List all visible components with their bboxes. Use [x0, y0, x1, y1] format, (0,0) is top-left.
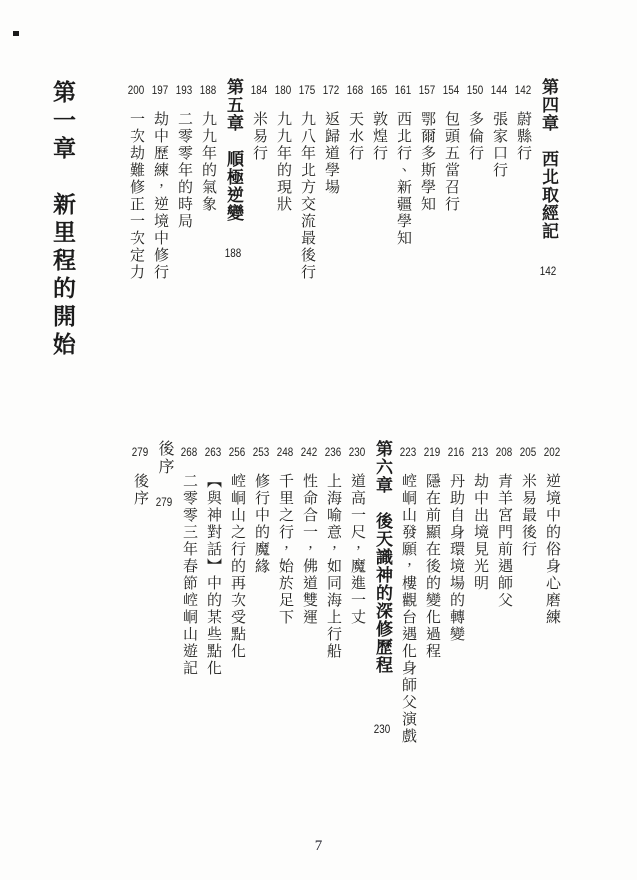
toc-title: 第六章 後天識神的深修歷程	[373, 440, 392, 674]
toc-title: 多倫行	[467, 111, 483, 162]
toc-entry: 188九九年的氣象	[196, 78, 220, 363]
toc-page-number: 175	[299, 78, 315, 102]
toc-entry: 154包頭五當召行	[439, 78, 463, 363]
toc-entry: 219隱在前顯在後的變化過程	[420, 440, 444, 770]
toc-title: 一次劫難修正一次定力	[128, 111, 144, 281]
toc-page-number: 180	[275, 78, 291, 102]
toc-page-number: 197	[152, 78, 168, 102]
toc-entry: 157鄂爾多斯學知	[415, 78, 439, 363]
toc-entry: 193二零零年的時局	[172, 78, 196, 363]
toc-title: 蔚縣行	[515, 111, 531, 162]
toc-entry: 230道高一尺，魔進一丈	[345, 440, 369, 770]
toc-page-number: 193	[176, 78, 192, 102]
toc-page-number: 263	[205, 440, 221, 464]
toc-entry: 205米易最後行	[516, 440, 540, 770]
toc-title: 天水行	[347, 111, 363, 162]
toc-entry: 184米易行	[247, 78, 271, 363]
toc-entry: 268二零零三年春節崆峒山遊記	[177, 440, 201, 770]
toc-page-number: 200	[128, 78, 144, 102]
toc-entry: 144張家口行	[487, 78, 511, 363]
toc-page-number: 161	[395, 78, 411, 102]
toc-title: 性命合一，佛道雙運	[301, 473, 317, 626]
toc-title: 米易最後行	[520, 473, 536, 558]
toc-title: 修行中的魔緣	[253, 473, 269, 575]
toc-page-number: 279	[132, 440, 148, 464]
toc-entry: 256崆峒山之行的再次受點化	[225, 440, 249, 770]
toc-page-number: 242	[301, 440, 317, 464]
toc-subchapter-heading: 後序279	[152, 440, 177, 770]
toc-title: 九九年的現狀	[275, 111, 291, 213]
toc-entry: 213劫中出境見光明	[468, 440, 492, 770]
scan-artifact-mark	[13, 31, 19, 36]
toc-entry: 202逆境中的俗身心磨練	[540, 440, 564, 770]
toc-entry: 142蔚縣行	[511, 78, 535, 363]
toc-entry: 165敦煌行	[367, 78, 391, 363]
toc-title: 第四章 西北取經記	[539, 78, 558, 240]
toc-title: 張家口行	[491, 111, 507, 179]
toc-page-number: 213	[472, 440, 488, 464]
toc-page-number: 168	[347, 78, 363, 102]
toc-entry: 216丹助自身環境場的轉變	[444, 440, 468, 770]
toc-entry: 168天水行	[343, 78, 367, 363]
toc-title: 後序	[156, 440, 173, 476]
toc-page-number: 157	[419, 78, 435, 102]
toc-entry: 180九九年的現狀	[271, 78, 295, 363]
toc-chapter-heading: 第六章 後天識神的深修歷程230	[369, 440, 396, 770]
toc-page-number: 188	[200, 78, 216, 102]
toc-title: 劫中歷練，逆境中修行	[152, 111, 168, 281]
toc-entry: 263【與神對話】中的某些點化	[201, 440, 225, 770]
toc-entry: 161西北行、新疆學知	[391, 78, 415, 363]
toc-entry: 279後序	[128, 440, 152, 770]
toc-entry: 172返歸道學場	[319, 78, 343, 363]
toc-page-number: 188	[225, 240, 241, 267]
toc-entry: 248千里之行，始於足下	[273, 440, 297, 770]
toc-title: 西北行、新疆學知	[395, 111, 411, 247]
toc-title: 九八年北方交流最後行	[299, 111, 315, 281]
toc-page-number: 219	[424, 440, 440, 464]
toc-entry: 253修行中的魔緣	[249, 440, 273, 770]
toc-page-number: 253	[253, 440, 269, 464]
toc-page-number: 208	[496, 440, 512, 464]
toc-page-number: 279	[156, 490, 172, 515]
toc-title: 米易行	[251, 111, 267, 162]
toc-page-number: 268	[181, 440, 197, 464]
toc-title: 返歸道學場	[323, 111, 339, 196]
toc-page-number: 248	[277, 440, 293, 464]
toc-page-number: 142	[540, 258, 556, 285]
toc-title: 上海喻意，如同海上行船	[325, 473, 341, 660]
toc-title: 包頭五當召行	[443, 111, 459, 213]
toc-title: 道高一尺，魔進一丈	[349, 473, 365, 626]
toc-page-number: 154	[443, 78, 459, 102]
toc-page-number: 256	[229, 440, 245, 464]
toc-title: 隱在前顯在後的變化過程	[424, 473, 440, 660]
page-number-footer: 7	[0, 838, 637, 855]
toc-page-number: 150	[467, 78, 483, 102]
toc-entry: 242性命合一，佛道雙運	[297, 440, 321, 770]
toc-entry: 150多倫行	[463, 78, 487, 363]
toc-entry: 200一次劫難修正一次定力	[124, 78, 148, 363]
toc-title: 第五章 順極逆變	[224, 78, 243, 222]
toc-page-number: 236	[325, 440, 341, 464]
toc-page-number: 230	[374, 716, 390, 743]
toc-title: 二零零三年春節崆峒山遊記	[181, 473, 197, 677]
toc-title: 鄂爾多斯學知	[419, 111, 435, 213]
toc-page-number: 216	[448, 440, 464, 464]
toc-title: 崆峒山發願，樓觀台遇化身師父演戲	[400, 473, 416, 745]
toc-title: 後序	[132, 473, 148, 507]
toc-chapter-heading: 第五章 順極逆變188	[220, 78, 247, 363]
toc-page-number: 223	[400, 440, 416, 464]
toc-title: 敦煌行	[371, 111, 387, 162]
toc-page-number: 144	[491, 78, 507, 102]
toc-entry: 236上海喻意，如同海上行船	[321, 440, 345, 770]
toc-title: 丹助自身環境場的轉變	[448, 473, 464, 643]
toc-entry: 208青羊宮門前遇師父	[492, 440, 516, 770]
toc-title: 崆峒山之行的再次受點化	[229, 473, 245, 660]
toc-page-number: 205	[520, 440, 536, 464]
toc-title: 九九年的氣象	[200, 111, 216, 213]
toc-page-number: 230	[349, 440, 365, 464]
toc-entry: 175九八年北方交流最後行	[295, 78, 319, 363]
toc-title: 青羊宮門前遇師父	[496, 473, 512, 609]
toc-entry: 197劫中歷練，逆境中修行	[148, 78, 172, 363]
toc-entry: 223崆峒山發願，樓觀台遇化身師父演戲	[396, 440, 420, 770]
toc-page-number: 184	[251, 78, 267, 102]
toc-page-number: 202	[544, 440, 560, 464]
toc-title: 【與神對話】中的某些點化	[205, 473, 221, 677]
toc-title: 千里之行，始於足下	[277, 473, 293, 626]
toc-page-number: 142	[515, 78, 531, 102]
toc-title: 二零零年的時局	[176, 111, 192, 230]
toc-chapter-heading: 第四章 西北取經記142	[535, 78, 562, 363]
toc-page-number: 165	[371, 78, 387, 102]
toc-title: 劫中出境見光明	[472, 473, 488, 592]
chapter-one-header: 第一章 新里程的開始	[46, 80, 79, 360]
toc-section-bottom: 202逆境中的俗身心磨練205米易最後行208青羊宮門前遇師父213劫中出境見光…	[128, 440, 564, 770]
toc-title: 逆境中的俗身心磨練	[544, 473, 560, 626]
toc-page-number: 172	[323, 78, 339, 102]
toc-section-top: 第四章 西北取經記142142蔚縣行144張家口行150多倫行154包頭五當召行…	[124, 78, 562, 363]
scanned-toc-page: 第一章 新里程的開始 第四章 西北取經記142142蔚縣行144張家口行150多…	[0, 0, 637, 880]
